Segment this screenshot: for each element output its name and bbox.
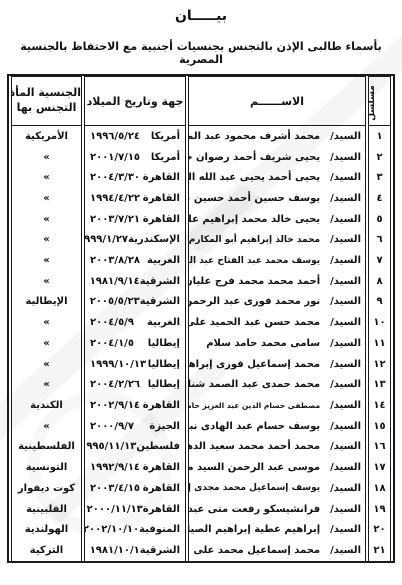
- name-cell: السيد/يحيى خالد محمد إبراهيم على الشيخ: [188, 209, 366, 230]
- nationality-header-line2: التجنس بها: [12, 101, 81, 116]
- birth-cell: القاهرة٢٠٠٠/١١/١٣: [84, 499, 186, 520]
- table-row: ١السيد/محمد أشرف محمود عبد المنعمأمريكا١…: [11, 126, 391, 147]
- birth-place: القاهرة: [143, 193, 180, 204]
- table-row: ٧السيد/يوسف محمد عبد الفتاح عبد السلام ز…: [11, 250, 391, 271]
- name-cell: السيد/يحيى شريف أحمد رضوان خالد: [188, 147, 366, 168]
- table-row: ١٤السيد/مصطفى حسام الدين عبد العزيز حامد…: [11, 395, 391, 416]
- honorific-label: السيد/: [330, 172, 361, 183]
- honorific-label: السيد/: [330, 317, 361, 328]
- honorific-label: السيد/: [330, 193, 361, 204]
- name-cell: السيد/محمد أشرف محمود عبد المنعم: [188, 126, 366, 147]
- serial-cell: ٢: [368, 147, 391, 168]
- nationality-cell: »: [11, 374, 82, 395]
- table-row: ٣السيد/يحيى أحمد يحيى عبد الله السيدالقا…: [11, 167, 391, 188]
- nationality-cell: »: [11, 333, 82, 354]
- serial-cell: ١٧: [368, 457, 391, 478]
- nationality-cell: »: [11, 250, 82, 271]
- nationality-cell: كوت ديفوار: [11, 478, 82, 499]
- birth-cell: المنوفية٢٠٠٢/١٠/١٠: [84, 519, 186, 540]
- birth-date: ١٩٩٢/٩/١٤: [90, 462, 140, 473]
- birth-date: ٢٠٠٣/٤/١٥: [90, 483, 140, 494]
- birth-cell: إيطاليا١٩٩٩/١٠/١٣: [84, 354, 186, 375]
- person-name: محمد حمدى عبد الصمد شناوى سليمان: [188, 379, 320, 390]
- serial-cell: ١٦: [368, 437, 391, 458]
- table-row: ٢٠السيد/إبراهيم عطية إبراهيم الصيادالمنو…: [11, 519, 391, 540]
- person-name: محمد إسماعيل فوزى إبراهيم على محمود: [188, 359, 320, 370]
- honorific-label: السيد/: [330, 545, 361, 556]
- person-name: يوسف محمد عبد الفتاح عبد السلام زاهر: [188, 256, 320, 266]
- name-cell: السيد/سامى محمد حامد سلام: [188, 333, 366, 354]
- nationality-cell: »: [11, 209, 82, 230]
- table-row: ١٦السيد/محمد أحمد محمد سعيد الدهشانفلسطي…: [11, 437, 391, 458]
- birth-place: أمريكا: [151, 152, 180, 163]
- birth-date: ٢٠٠٠/١١/١٣: [87, 504, 143, 515]
- data-table: مسلسل الاســــــم جهة وتاريخ الميلاد الج…: [9, 76, 393, 561]
- birth-date: ١٩٨١/١٠/١: [90, 545, 140, 556]
- birth-cell: الغربية٢٠٠٤/٥/٩: [84, 312, 186, 333]
- name-cell: السيد/يوسف حسين أحمد حسين حمدى: [188, 188, 366, 209]
- birth-place: القاهرة: [143, 483, 180, 494]
- nationality-cell: التركية: [11, 540, 82, 561]
- name-cell: السيد/محمد إسماعيل فوزى إبراهيم على محمو…: [188, 354, 366, 375]
- table-row: ١٣السيد/محمد حمدى عبد الصمد شناوى سليمان…: [11, 374, 391, 395]
- serial-cell: ٢١: [368, 540, 391, 561]
- nationality-cell: »: [11, 271, 82, 292]
- person-name: موسى عبد الرحمن السيد موسى محمد: [188, 462, 320, 473]
- person-name: سامى محمد حامد سلام: [193, 338, 320, 349]
- table-row: ٢السيد/يحيى شريف أحمد رضوان خالدأمريكا٢٠…: [11, 147, 391, 168]
- table-row: ١٨السيد/يوسف إسماعيل محمد مجدى إسماعيل س…: [11, 478, 391, 499]
- nationality-header-line1: الجنسية المأذون: [12, 86, 81, 101]
- nationality-cell: الهولندية: [11, 519, 82, 540]
- birth-cell: الجيزة٢٠٠٠/٩/٧: [84, 416, 186, 437]
- birth-cell: أمريكا٢٠٠١/٧/١٥: [84, 147, 186, 168]
- person-name: يوسف حسين أحمد حسين حمدى: [188, 193, 320, 204]
- serial-cell: ١٠: [368, 312, 391, 333]
- person-name: يحيى أحمد يحيى عبد الله السيد: [188, 172, 320, 183]
- birth-date: ٢٠٠٢/١٠/١٠: [84, 524, 139, 535]
- serial-cell: ٣: [368, 167, 391, 188]
- naturalization-table: مسلسل الاســــــم جهة وتاريخ الميلاد الج…: [7, 74, 395, 563]
- birth-place: إيطاليا: [148, 338, 180, 349]
- serial-cell: ١٤: [368, 395, 391, 416]
- birth-cell: الغربية٢٠٠٣/٨/٢٨: [84, 250, 186, 271]
- birth-cell: أمريكا١٩٩٦/٥/٢٤: [84, 126, 186, 147]
- birth-cell: القاهرة١٩٩٤/٤/٢٢: [84, 188, 186, 209]
- birth-date: ٢٠٠٤/٣/٣٠: [90, 172, 140, 183]
- nationality-cell: »: [11, 188, 82, 209]
- birth-cell: القاهرة٢٠٠٣/٧/٢١: [84, 209, 186, 230]
- serial-cell: ٦: [368, 230, 391, 251]
- honorific-label: السيد/: [330, 441, 361, 452]
- person-name: مصطفى حسام الدين عبد العزيز حامد محمد خط…: [188, 401, 320, 410]
- serial-cell: ١٨: [368, 478, 391, 499]
- nationality-cell: »: [11, 354, 82, 375]
- serial-cell: ١١: [368, 333, 391, 354]
- name-cell: السيد/فرانشيسكو رفعت متى عبد الملاك: [188, 499, 366, 520]
- birth-date: ١٩٩٥/١١/١٣: [84, 441, 136, 452]
- name-cell: السيد/مصطفى حسام الدين عبد العزيز حامد م…: [188, 395, 366, 416]
- serial-cell: ٤: [368, 188, 391, 209]
- birth-place: الشرقية: [140, 545, 180, 556]
- name-cell: السيد/محمد حسن عبد الحميد على النحراوى: [188, 312, 366, 333]
- table-row: ٨السيد/أحمد محمد محمد فرج عليانالشرقية١٩…: [11, 271, 391, 292]
- birth-place: المنوفية: [139, 524, 180, 535]
- birth-place: القاهرة: [143, 172, 180, 183]
- honorific-label: السيد/: [330, 214, 361, 225]
- birth-date: ١٩٩٦/٥/٢٤: [90, 131, 140, 142]
- serial-cell: ١٢: [368, 354, 391, 375]
- birth-date: ١٩٩٩/١/٢٧: [84, 234, 128, 245]
- birth-place: القاهرة: [143, 504, 180, 515]
- honorific-label: السيد/: [330, 421, 361, 432]
- table-row: ١١السيد/سامى محمد حامد سلامإيطاليا٢٠٠٤/١…: [11, 333, 391, 354]
- name-cell: السيد/محمد أحمد محمد سعيد الدهشان: [188, 437, 366, 458]
- birth-date: ٢٠٠٣/٨/٢٨: [90, 255, 140, 266]
- birth-place: الشرقية: [140, 296, 180, 307]
- birth-cell: إيطاليا٢٠٠٤/١/٥: [84, 333, 186, 354]
- birth-place: الغربية: [147, 317, 180, 328]
- person-name: محمد خالد إبراهيم أبو المكارم إبراهيم: [188, 235, 320, 245]
- birth-place: الغربية: [147, 255, 180, 266]
- birth-place: القاهرة: [143, 462, 180, 473]
- table-row: ٩السيد/نور محمد فوزى عبد الرحمن الوكيلال…: [11, 292, 391, 313]
- birth-cell: القاهرة٢٠٠٤/٣/٣٠: [84, 167, 186, 188]
- nationality-cell: »: [11, 312, 82, 333]
- page-subtitle: بأسماء طالبى الإذن بالتجنس بجنسيات أجنبي…: [0, 40, 402, 66]
- name-cell: السيد/موسى عبد الرحمن السيد موسى محمد: [188, 457, 366, 478]
- name-cell: السيد/محمد خالد إبراهيم أبو المكارم إبرا…: [188, 230, 366, 251]
- serial-cell: ٥: [368, 209, 391, 230]
- nationality-cell: »: [11, 147, 82, 168]
- serial-cell: ١: [368, 126, 391, 147]
- birth-date: ٢٠٠٤/٢/٢٦: [90, 379, 140, 390]
- person-name: محمد إسماعيل محمد على: [193, 545, 320, 556]
- table-row: ٥السيد/يحيى خالد محمد إبراهيم على الشيخا…: [11, 209, 391, 230]
- nationality-cell: الكندية: [11, 395, 82, 416]
- table-row: ٢١السيد/محمد إسماعيل محمد علىالشرقية١٩٨١…: [11, 540, 391, 561]
- birth-cell: الشرقية١٩٨١/٩/١٤: [84, 271, 186, 292]
- birth-date: ١٩٨١/٩/١٤: [90, 276, 140, 287]
- birth-date: ١٩٩٩/١٠/١٣: [90, 359, 146, 370]
- person-name: محمد حسن عبد الحميد على النحراوى: [188, 317, 320, 328]
- person-name: نور محمد فوزى عبد الرحمن الوكيل: [188, 296, 320, 307]
- person-name: محمد أحمد محمد سعيد الدهشان: [188, 441, 320, 452]
- birth-place: القاهرة: [143, 214, 180, 225]
- table-row: ١٢السيد/محمد إسماعيل فوزى إبراهيم على مح…: [11, 354, 391, 375]
- table-row: ١٥السيد/يوسف حسام عبد الهادى نبيه أحمدال…: [11, 416, 391, 437]
- column-header-birth: جهة وتاريخ الميلاد: [84, 76, 186, 126]
- birth-cell: إيطاليا٢٠٠٤/٢/٢٦: [84, 374, 186, 395]
- table-row: ١٩السيد/فرانشيسكو رفعت متى عبد الملاكالق…: [11, 499, 391, 520]
- birth-cell: الشرقية١٩٨١/١٠/١: [84, 540, 186, 561]
- page-title: بيـــــان: [0, 8, 402, 24]
- honorific-label: السيد/: [330, 131, 361, 142]
- serial-header-label: مسلسل: [368, 85, 377, 121]
- birth-place: فلسطين: [136, 441, 180, 452]
- person-name: إبراهيم عطية إبراهيم الصياد: [188, 524, 320, 535]
- honorific-label: السيد/: [330, 359, 361, 370]
- birth-date: ٢٠٠٤/١/٥: [90, 338, 134, 349]
- birth-place: الجيزة: [149, 421, 180, 432]
- person-name: محمد أشرف محمود عبد المنعم: [188, 131, 320, 142]
- name-cell: السيد/إبراهيم عطية إبراهيم الصياد: [188, 519, 366, 540]
- nationality-cell: الإيطالية: [11, 292, 82, 313]
- honorific-label: السيد/: [330, 296, 361, 307]
- table-row: ٦السيد/محمد خالد إبراهيم أبو المكارم إبر…: [11, 230, 391, 251]
- birth-place: الشرقية: [140, 276, 180, 287]
- name-cell: السيد/يحيى أحمد يحيى عبد الله السيد: [188, 167, 366, 188]
- name-cell: السيد/محمد حمدى عبد الصمد شناوى سليمان: [188, 374, 366, 395]
- birth-cell: فلسطين١٩٩٥/١١/١٣: [84, 437, 186, 458]
- nationality-cell: الفلسطينية: [11, 437, 82, 458]
- birth-cell: الشرقية٢٠٠٥/٥/٢٣: [84, 292, 186, 313]
- person-name: يوسف إسماعيل محمد مجدى إسماعيل سليمان: [188, 483, 320, 493]
- honorific-label: السيد/: [330, 234, 361, 245]
- header-row: مسلسل الاســــــم جهة وتاريخ الميلاد الج…: [11, 76, 391, 126]
- honorific-label: السيد/: [330, 276, 361, 287]
- person-name: أحمد محمد محمد فرج عليان: [188, 276, 320, 287]
- column-header-name: الاســــــم: [188, 76, 366, 126]
- name-cell: السيد/يوسف حسام عبد الهادى نبيه أحمد: [188, 416, 366, 437]
- name-cell: السيد/محمد إسماعيل محمد على: [188, 540, 366, 561]
- birth-cell: القاهرة٢٠٠٢/٩/١٤: [84, 395, 186, 416]
- birth-date: ٢٠٠٣/٧/٢١: [90, 214, 140, 225]
- birth-place: القاهرة: [143, 400, 180, 411]
- nationality-cell: »: [11, 416, 82, 437]
- birth-date: ٢٠٠٥/٥/٢٣: [90, 296, 140, 307]
- table-row: ١٧السيد/موسى عبد الرحمن السيد موسى محمدا…: [11, 457, 391, 478]
- honorific-label: السيد/: [330, 483, 361, 494]
- name-cell: السيد/يوسف إسماعيل محمد مجدى إسماعيل سلي…: [188, 478, 366, 499]
- column-header-nationality: الجنسية المأذون التجنس بها: [11, 76, 82, 126]
- honorific-label: السيد/: [330, 379, 361, 390]
- honorific-label: السيد/: [330, 462, 361, 473]
- birth-place: الإسكندرية: [128, 234, 180, 245]
- person-name: يحيى شريف أحمد رضوان خالد: [188, 152, 320, 163]
- birth-date: ٢٠٠٤/٥/٩: [90, 317, 134, 328]
- nationality-cell: الفلبينية: [11, 499, 82, 520]
- birth-cell: القاهرة٢٠٠٣/٤/١٥: [84, 478, 186, 499]
- honorific-label: السيد/: [330, 524, 361, 535]
- serial-cell: ٢٠: [368, 519, 391, 540]
- name-cell: السيد/نور محمد فوزى عبد الرحمن الوكيل: [188, 292, 366, 313]
- serial-cell: ٧: [368, 250, 391, 271]
- table-row: ١٠السيد/محمد حسن عبد الحميد على النحراوى…: [11, 312, 391, 333]
- person-name: يوسف حسام عبد الهادى نبيه أحمد: [188, 421, 320, 432]
- serial-cell: ٨: [368, 271, 391, 292]
- serial-cell: ٩: [368, 292, 391, 313]
- birth-place: إيطاليا: [148, 359, 180, 370]
- serial-cell: ١٥: [368, 416, 391, 437]
- birth-place: إيطاليا: [148, 379, 180, 390]
- birth-date: ٢٠٠٢/٩/١٤: [90, 400, 140, 411]
- nationality-cell: »: [11, 230, 82, 251]
- serial-cell: ١٩: [368, 499, 391, 520]
- birth-cell: الإسكندرية١٩٩٩/١/٢٧: [84, 230, 186, 251]
- honorific-label: السيد/: [330, 400, 361, 411]
- birth-cell: القاهرة١٩٩٢/٩/١٤: [84, 457, 186, 478]
- nationality-cell: الأمريكية: [11, 126, 82, 147]
- person-name: فرانشيسكو رفعت متى عبد الملاك: [188, 504, 320, 515]
- birth-date: ٢٠٠١/٧/١٥: [90, 152, 140, 163]
- serial-cell: ١٣: [368, 374, 391, 395]
- birth-date: ٢٠٠٠/٩/٧: [90, 421, 134, 432]
- honorific-label: السيد/: [330, 152, 361, 163]
- column-header-serial: مسلسل: [368, 76, 391, 126]
- name-cell: السيد/يوسف محمد عبد الفتاح عبد السلام زا…: [188, 250, 366, 271]
- name-cell: السيد/أحمد محمد محمد فرج عليان: [188, 271, 366, 292]
- honorific-label: السيد/: [330, 504, 361, 515]
- birth-date: ١٩٩٤/٤/٢٢: [90, 193, 140, 204]
- person-name: يحيى خالد محمد إبراهيم على الشيخ: [188, 214, 320, 225]
- document-page: بيـــــان بأسماء طالبى الإذن بالتجنس بجن…: [0, 0, 402, 585]
- birth-place: أمريكا: [151, 131, 180, 142]
- table-row: ٤السيد/يوسف حسين أحمد حسين حمدىالقاهرة١٩…: [11, 188, 391, 209]
- honorific-label: السيد/: [330, 338, 361, 349]
- honorific-label: السيد/: [330, 255, 361, 266]
- nationality-cell: التونسية: [11, 457, 82, 478]
- nationality-cell: »: [11, 167, 82, 188]
